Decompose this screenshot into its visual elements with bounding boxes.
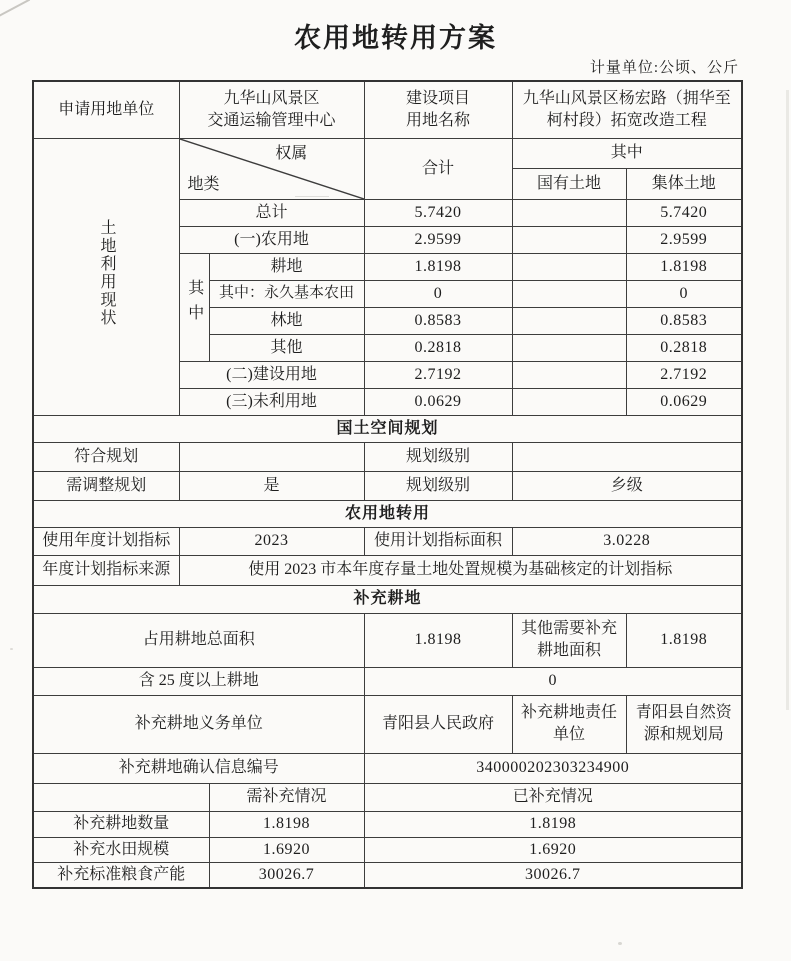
total-value-cell: 0 (364, 280, 512, 307)
responsible-unit-value-cell: 青阳县自然资 源和规划局 (626, 695, 742, 753)
other-need-value-cell: 1.8198 (626, 613, 742, 667)
supplement-section-header: 补充耕地 (33, 585, 742, 613)
collective-land-col-header: 集体土地 (626, 168, 742, 199)
scan-artifact (786, 90, 789, 710)
planning-row-label-cell: 需调整规划 (33, 471, 179, 500)
total-value-cell: 2.9599 (364, 226, 512, 253)
landuse-section-label: 土地利用现状 (95, 219, 117, 327)
sub-among-cell: 其中 (179, 253, 209, 361)
total-value-cell: 1.8198 (364, 253, 512, 280)
duty-unit-value-cell: 青阳县人民政府 (364, 695, 512, 753)
occupied-farmland-value-cell: 1.8198 (364, 613, 512, 667)
landuse-row-label-cell: 其中：永久基本农田 (209, 280, 364, 307)
collective-value-cell: 5.7420 (626, 199, 742, 226)
landuse-row-label-cell: 总计 (179, 199, 364, 226)
ownership-header-label: 权属 (275, 143, 307, 165)
state-value-cell (512, 388, 626, 415)
total-value-cell: 0.2818 (364, 334, 512, 361)
collective-value-cell: 0.8583 (626, 307, 742, 334)
responsible-unit-label-cell: 补充耕地责任 单位 (512, 695, 626, 753)
landuse-row-label-cell: (二)建设用地 (179, 361, 364, 388)
landtype-header-label: 地类 (188, 174, 220, 196)
detail-done-value-cell: 1.8198 (364, 811, 742, 837)
landuse-section-cell: 土地利用现状 (33, 138, 179, 415)
landuse-row-label-cell: 其他 (209, 334, 364, 361)
planning-row-value-cell: 是 (179, 471, 364, 500)
scanned-document-page: 农用地转用方案 计量单位:公顷、公斤 申请用地单位 九华山风景区 交通运输管理中… (0, 0, 791, 961)
state-value-cell (512, 199, 626, 226)
scan-artifact (618, 942, 622, 945)
total-value-cell: 5.7420 (364, 199, 512, 226)
state-value-cell (512, 361, 626, 388)
indicator-source-label-cell: 年度计划指标来源 (33, 555, 179, 585)
planning-level-label-cell: 规划级别 (364, 442, 512, 471)
confirm-number-value-cell: 340000202303234900 (364, 753, 742, 783)
occupied-farmland-label-cell: 占用耕地总面积 (33, 613, 364, 667)
slope-farmland-label-cell: 含 25 度以上耕地 (33, 667, 364, 695)
applicant-value-cell: 九华山风景区 交通运输管理中心 (179, 81, 364, 138)
planning-row-value-cell (179, 442, 364, 471)
state-value-cell (512, 334, 626, 361)
detail-done-value-cell: 30026.7 (364, 862, 742, 888)
total-value-cell: 0.8583 (364, 307, 512, 334)
indicator-source-value-cell: 使用 2023 市本年度存量土地处置规模为基础核定的计划指标 (179, 555, 742, 585)
collective-value-cell: 2.9599 (626, 226, 742, 253)
land-conversion-form-table: 申请用地单位 九华山风景区 交通运输管理中心 建设项目 用地名称 九华山风景区杨… (32, 80, 743, 889)
planning-level-value-cell: 乡级 (512, 471, 742, 500)
state-land-col-header: 国有土地 (512, 168, 626, 199)
detail-need-value-cell: 1.6920 (209, 837, 364, 862)
sub-among-label: 其中 (183, 279, 205, 329)
indicator-area-value-cell: 3.0228 (512, 527, 742, 555)
total-value-cell: 0.0629 (364, 388, 512, 415)
scan-artifact (10, 648, 13, 650)
confirm-number-label-cell: 补充耕地确认信息编号 (33, 753, 364, 783)
project-label-cell: 建设项目 用地名称 (364, 81, 512, 138)
scan-artifact (295, 196, 329, 197)
indicator-area-label-cell: 使用计划指标面积 (364, 527, 512, 555)
done-supplement-col-header: 已补充情况 (364, 783, 742, 811)
state-value-cell (512, 253, 626, 280)
slope-farmland-value-cell: 0 (364, 667, 742, 695)
planning-level-label-cell: 规划级别 (364, 471, 512, 500)
landuse-row-label-cell: (三)未利用地 (179, 388, 364, 415)
planning-section-header: 国土空间规划 (33, 415, 742, 442)
unit-note: 计量单位:公顷、公斤 (32, 56, 739, 77)
state-value-cell (512, 280, 626, 307)
collective-value-cell: 1.8198 (626, 253, 742, 280)
total-value-cell: 2.7192 (364, 361, 512, 388)
collective-value-cell: 0.2818 (626, 334, 742, 361)
state-value-cell (512, 226, 626, 253)
detail-row-label-cell: 补充标准粮食产能 (33, 862, 209, 888)
landuse-row-label-cell: (一)农用地 (179, 226, 364, 253)
detail-need-value-cell: 1.8198 (209, 811, 364, 837)
need-supplement-col-header: 需补充情况 (209, 783, 364, 811)
landuse-row-label-cell: 林地 (209, 307, 364, 334)
state-value-cell (512, 307, 626, 334)
applicant-label-cell: 申请用地单位 (33, 81, 179, 138)
planning-row-label-cell: 符合规划 (33, 442, 179, 471)
total-col-header: 合计 (364, 138, 512, 199)
other-need-label-cell: 其他需要补充 耕地面积 (512, 613, 626, 667)
document-title: 农用地转用方案 (0, 16, 791, 55)
planning-level-value-cell (512, 442, 742, 471)
detail-done-value-cell: 1.6920 (364, 837, 742, 862)
indicator-label-cell: 使用年度计划指标 (33, 527, 179, 555)
among-col-header: 其中 (512, 138, 742, 168)
detail-row-label-cell: 补充水田规模 (33, 837, 209, 862)
collective-value-cell: 0 (626, 280, 742, 307)
conversion-section-header: 农用地转用 (33, 500, 742, 527)
collective-value-cell: 0.0629 (626, 388, 742, 415)
landuse-row-label-cell: 耕地 (209, 253, 364, 280)
detail-row-label-cell: 补充耕地数量 (33, 811, 209, 837)
detail-header-empty-cell (33, 783, 209, 811)
indicator-value-cell: 2023 (179, 527, 364, 555)
diagonal-header-cell: 权属 地类 (179, 138, 364, 199)
detail-need-value-cell: 30026.7 (209, 862, 364, 888)
project-value-cell: 九华山风景区杨宏路（拥华至 柯村段）拓宽改造工程 (512, 81, 742, 138)
duty-unit-label-cell: 补充耕地义务单位 (33, 695, 364, 753)
collective-value-cell: 2.7192 (626, 361, 742, 388)
